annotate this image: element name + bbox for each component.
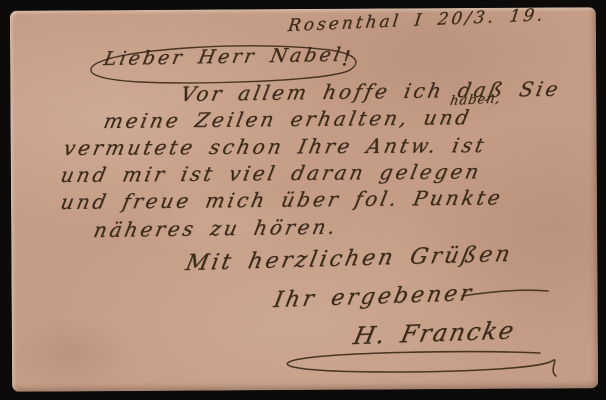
body-line: meine Zeilen erhalten, und [102, 105, 474, 133]
body-line: näheres zu hören. [92, 215, 341, 242]
body-line: und freue mich über fol. Punkte [59, 185, 506, 214]
signature: H. Francke [351, 316, 518, 350]
body-line: und mir ist viel daran gelegen [59, 159, 484, 187]
scanned-postcard-image: Rosenthal I 20/3. 19. Lieber Herr Nabel … [0, 0, 606, 400]
inserted-word: haben, [449, 91, 502, 109]
salutation: Lieber Herr Nabel [102, 44, 345, 70]
body-line: vermutete schon Ihre Antw. ist [62, 133, 489, 160]
